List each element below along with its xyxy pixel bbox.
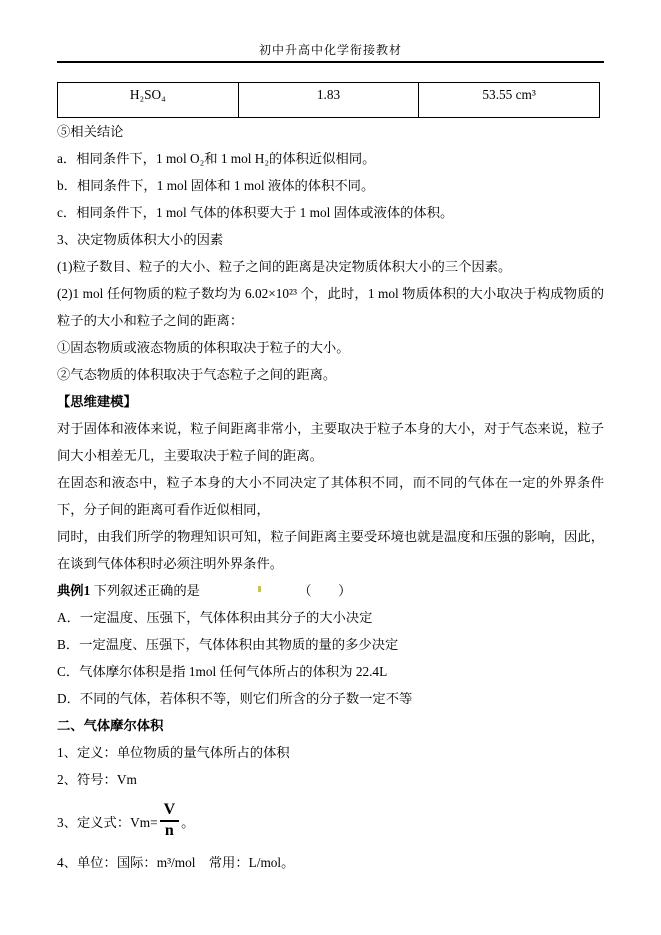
header-divider [57, 61, 604, 63]
factors-heading: 3、决定物质体积大小的因素 [57, 226, 604, 253]
section2-heading: 二、气体摩尔体积 [57, 712, 604, 739]
factors-sub-2: ②气态物质的体积取决于气态粒子之间的距离。 [57, 361, 604, 388]
factors-point-2: (2)1 mol 任何物质的粒子数均为 6.02×10²³ 个，此时，1 mol… [57, 280, 604, 334]
conclusions-heading: ⑤相关结论 [57, 118, 604, 145]
example-option-c: C．气体摩尔体积是指 1mol 任何气体所占的体积为 22.4L [57, 658, 604, 685]
formula-numerator: V [160, 802, 180, 822]
formula-fraction: V n [160, 802, 180, 840]
table-cell-volume: 53.55 cm³ [419, 83, 600, 118]
example-label: 典例1 [57, 583, 90, 598]
section2-formula-line: 3、定义式：Vm= V n 。 [57, 793, 604, 849]
page-header: 初中升高中化学衔接教材 [0, 0, 661, 63]
document-page: 初中升高中化学衔接教材 H₂SO₄ 1.83 53.55 cm³ ⑤相关结论 a… [0, 0, 661, 935]
formula-denominator: n [165, 822, 174, 840]
density-volume-table: H₂SO₄ 1.83 53.55 cm³ [57, 82, 600, 118]
formula-prefix: 3、定义式：Vm= [57, 812, 158, 831]
thinking-model-paragraph-1: 对于固体和液体来说，粒子间距离非常小，主要取决于粒子本身的大小，对于气态来说，粒… [57, 415, 604, 469]
header-title: 初中升高中化学衔接教材 [259, 42, 402, 58]
example-option-a: A．一定温度、压强下，气体体积由其分子的大小决定 [57, 604, 604, 631]
example-option-b: B．一定温度、压强下，气体体积由其物质的量的多少决定 [57, 631, 604, 658]
section2-symbol: 2、符号：Vm [57, 766, 604, 793]
table-row: H₂SO₄ 1.83 53.55 cm³ [58, 83, 600, 118]
conclusion-item-c: c．相同条件下，1 mol 气体的体积要大于 1 mol 固体或液体的体积。 [57, 199, 604, 226]
stray-mark [258, 586, 261, 592]
thinking-model-heading: 【思维建模】 [57, 388, 604, 415]
example-option-d: D．不同的气体，若体积不等，则它们所含的分子数一定不等 [57, 685, 604, 712]
section2-units: 4、单位：国际：m³/mol 常用：L/mol。 [57, 849, 604, 876]
section2-definition: 1、定义：单位物质的量气体所占的体积 [57, 739, 604, 766]
answer-blank: （ ） [298, 583, 351, 598]
thinking-model-paragraph-2: 在固态和液态中，粒子本身的大小不同决定了其体积不同，而不同的气体在一定的外界条件… [57, 469, 604, 523]
conclusion-item-a: a．相同条件下，1 mol O₂和 1 mol H₂的体积近似相同。 [57, 145, 604, 172]
page-content: H₂SO₄ 1.83 53.55 cm³ ⑤相关结论 a．相同条件下，1 mol… [0, 82, 661, 876]
factors-sub-1: ①固态物质或液态物质的体积取决于粒子的大小。 [57, 334, 604, 361]
formula-suffix: 。 [181, 812, 194, 831]
factors-point-1: (1)粒子数目、粒子的大小、粒子之间的距离是决定物质体积大小的三个因素。 [57, 253, 604, 280]
conclusion-item-b: b．相同条件下，1 mol 固体和 1 mol 液体的体积不同。 [57, 172, 604, 199]
table-cell-substance: H₂SO₄ [58, 83, 239, 118]
example-question: 下列叙述正确的是 [94, 583, 200, 598]
table-cell-density: 1.83 [238, 83, 419, 118]
thinking-model-paragraph-3: 同时，由我们所学的物理知识可知，粒子间距离主要受环境也就是温度和压强的影响，因此… [57, 523, 604, 577]
example-question-line: 典例1 下列叙述正确的是 （ ） [57, 577, 604, 604]
